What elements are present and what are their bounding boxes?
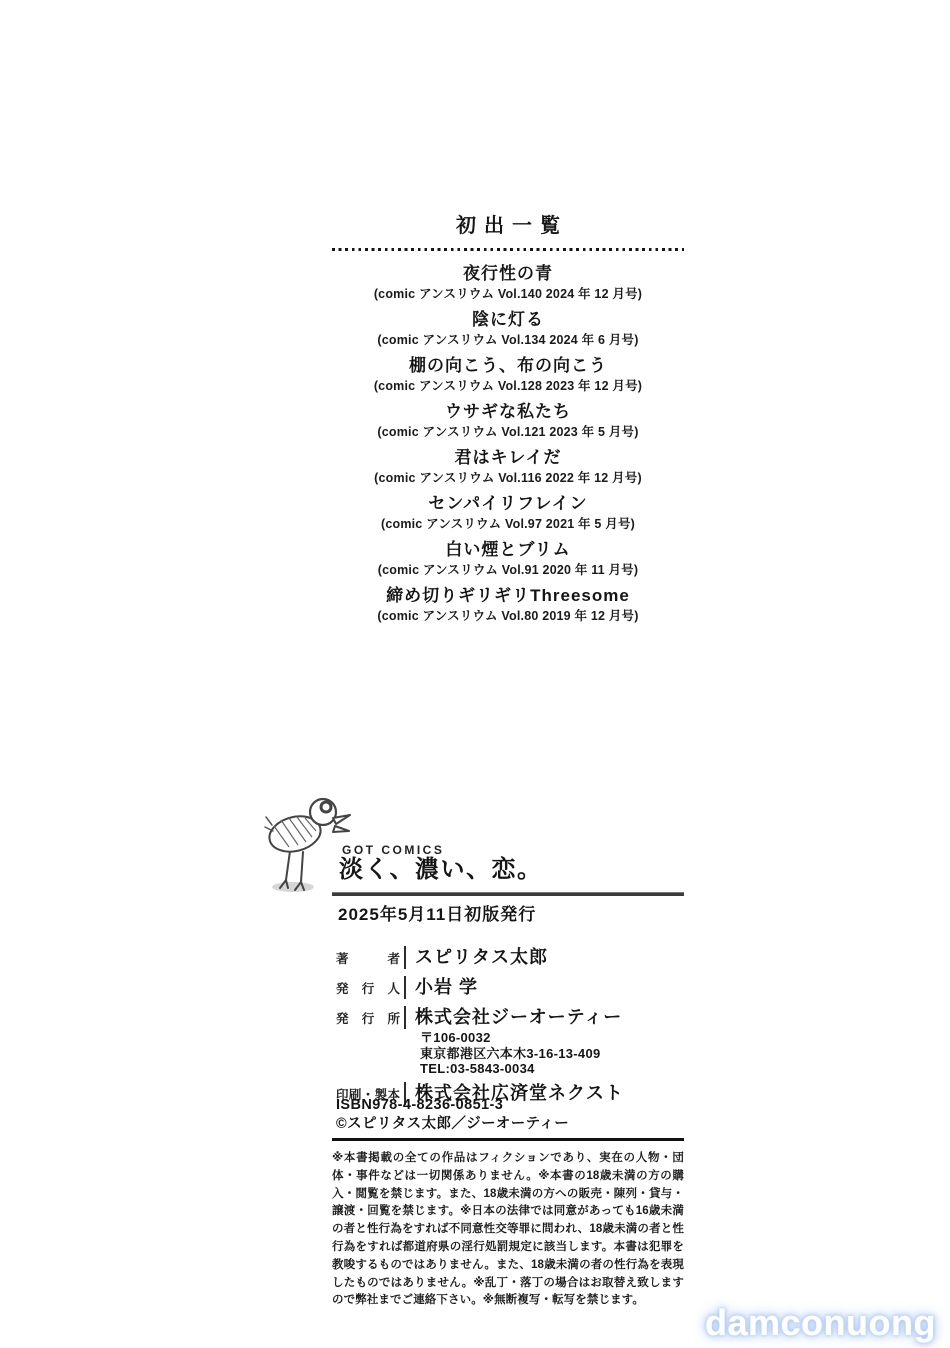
colophon-section: GOT COMICS 淡く、濃い、恋。 2025年5月11日初版発行 著者 スピ… bbox=[332, 795, 684, 1315]
work-source: (comic アンスリウム Vol.116 2022 年 12 月号) bbox=[332, 470, 684, 486]
work-source: (comic アンスリウム Vol.140 2024 年 12 月号) bbox=[332, 286, 684, 302]
work-title: 君はキレイだ bbox=[332, 446, 684, 470]
title-rule bbox=[332, 892, 684, 896]
credit-row-publisher-company: 発行所 株式会社ジーオーティー bbox=[336, 1006, 684, 1029]
edition-date: 2025年5月11日初版発行 bbox=[338, 900, 536, 925]
work-title: 夜行性の青 bbox=[332, 262, 684, 286]
street-address: 東京都港区六本木3-16-13-409 bbox=[420, 1046, 684, 1062]
works-list: 夜行性の青 (comic アンスリウム Vol.140 2024 年 12 月号… bbox=[332, 262, 684, 624]
work-source: (comic アンスリウム Vol.128 2023 年 12 月号) bbox=[332, 378, 684, 394]
work-source: (comic アンスリウム Vol.80 2019 年 12 月号) bbox=[332, 608, 684, 624]
work-item: 君はキレイだ (comic アンスリウム Vol.116 2022 年 12 月… bbox=[332, 446, 684, 486]
disclaimer-text: ※本書掲載の全ての作品はフィクションであり、実在の人物・団体・事件などは一切関係… bbox=[332, 1150, 684, 1310]
work-source: (comic アンスリウム Vol.121 2023 年 5 月号) bbox=[332, 424, 684, 440]
first-publication-section: 初出一覧 夜行性の青 (comic アンスリウム Vol.140 2024 年 … bbox=[332, 213, 684, 630]
isbn-block: ISBN978-4-8236-0851-3 ©スピリタス太郎／ジーオーティー bbox=[336, 1096, 569, 1134]
credit-value: 小岩 学 bbox=[404, 976, 478, 999]
work-item: 白い煙とブリム (comic アンスリウム Vol.91 2020 年 11 月… bbox=[332, 538, 684, 578]
credit-value: 株式会社ジーオーティー bbox=[404, 1006, 622, 1029]
work-source: (comic アンスリウム Vol.134 2024 年 6 月号) bbox=[332, 332, 684, 348]
work-title: センパイリフレイン bbox=[332, 492, 684, 516]
isbn-number: ISBN978-4-8236-0851-3 bbox=[336, 1096, 569, 1115]
book-title: 淡く、濃い、恋。 bbox=[339, 855, 543, 885]
credit-row-publisher-person: 発行人 小岩 学 bbox=[336, 976, 684, 999]
credit-label: 著者 bbox=[336, 949, 400, 967]
work-source: (comic アンスリウム Vol.91 2020 年 11 月号) bbox=[332, 562, 684, 578]
credits-table: 著者 スピリタス太郎 発行人 小岩 学 発行所 株式会社ジーオーティー 〒106… bbox=[336, 946, 684, 1112]
work-item: 棚の向こう、布の向こう (comic アンスリウム Vol.128 2023 年… bbox=[332, 354, 684, 394]
credit-value: スピリタス太郎 bbox=[404, 946, 548, 969]
work-item: 陰に灯る (comic アンスリウム Vol.134 2024 年 6 月号) bbox=[332, 308, 684, 348]
work-title: 締め切りギリギリThreesome bbox=[332, 584, 684, 608]
phone-number: TEL:03-5843-0034 bbox=[420, 1061, 684, 1077]
colophon-page: 初出一覧 夜行性の青 (comic アンスリウム Vol.140 2024 年 … bbox=[0, 0, 950, 1348]
disclaimer-rule bbox=[332, 1138, 684, 1141]
work-title: ウサギな私たち bbox=[332, 400, 684, 424]
credit-row-author: 著者 スピリタス太郎 bbox=[336, 946, 684, 969]
work-item: 夜行性の青 (comic アンスリウム Vol.140 2024 年 12 月号… bbox=[332, 262, 684, 302]
copyright-line: ©スピリタス太郎／ジーオーティー bbox=[336, 1115, 569, 1134]
postal-code: 〒106-0032 bbox=[420, 1030, 684, 1046]
work-title: 棚の向こう、布の向こう bbox=[332, 354, 684, 378]
work-item: 締め切りギリギリThreesome (comic アンスリウム Vol.80 2… bbox=[332, 584, 684, 624]
credit-label: 発行人 bbox=[336, 979, 400, 997]
work-item: センパイリフレイン (comic アンスリウム Vol.97 2021 年 5 … bbox=[332, 492, 684, 532]
section-title: 初出一覧 bbox=[332, 213, 684, 239]
work-item: ウサギな私たち (comic アンスリウム Vol.121 2023 年 5 月… bbox=[332, 400, 684, 440]
dotted-divider bbox=[332, 248, 684, 251]
credit-label: 発行所 bbox=[336, 1009, 400, 1027]
site-watermark: damconuong bbox=[705, 1302, 936, 1344]
work-source: (comic アンスリウム Vol.97 2021 年 5 月号) bbox=[332, 516, 684, 532]
publisher-address: 〒106-0032 東京都港区六本木3-16-13-409 TEL:03-584… bbox=[420, 1030, 684, 1077]
work-title: 陰に灯る bbox=[332, 308, 684, 332]
work-title: 白い煙とブリム bbox=[332, 538, 684, 562]
